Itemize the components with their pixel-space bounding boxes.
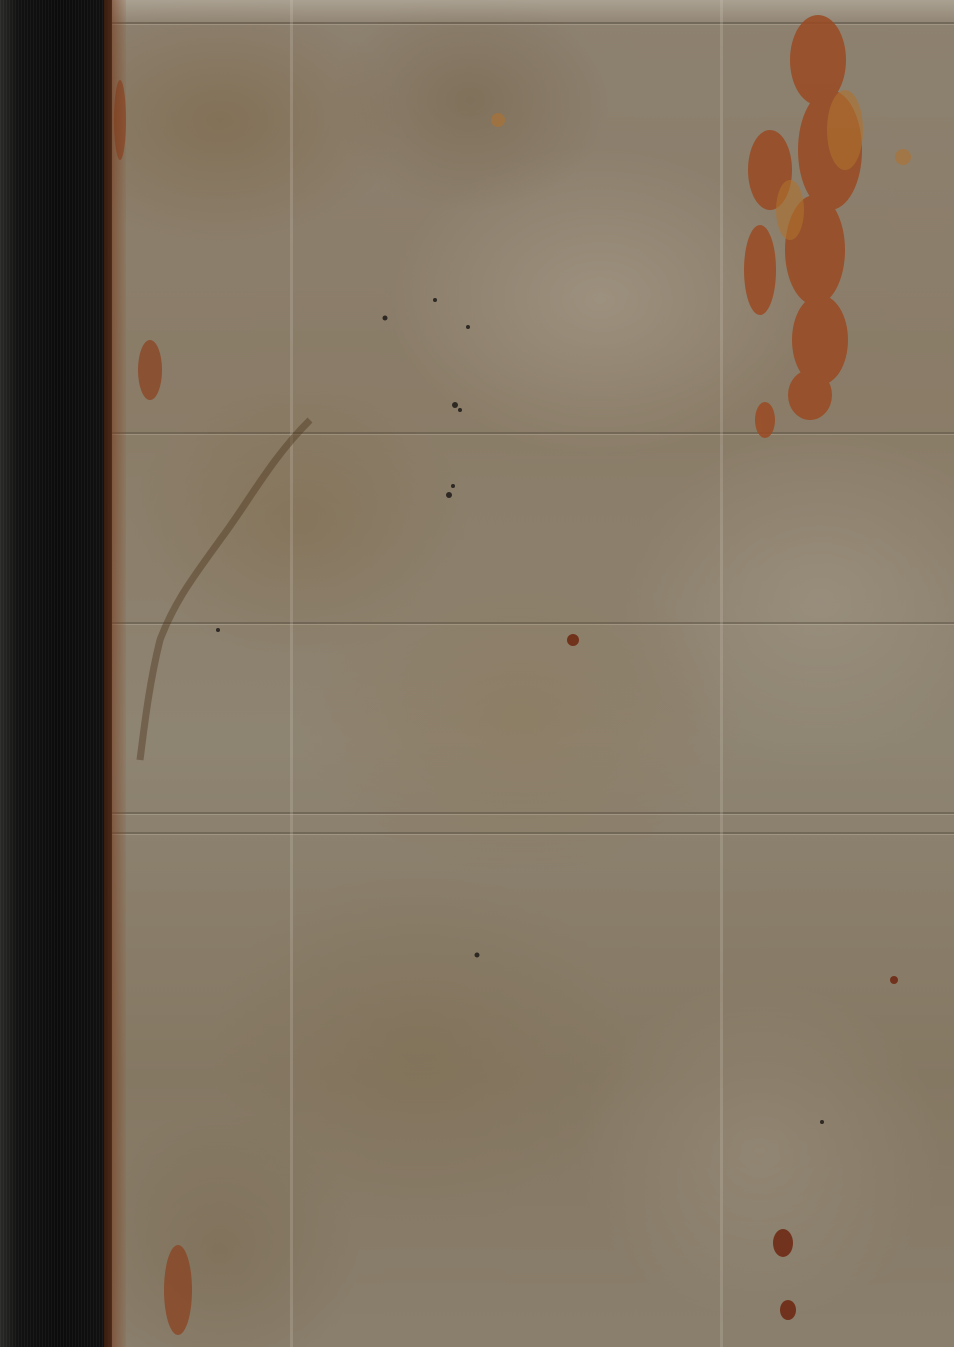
cloth-spine: [0, 0, 112, 1347]
water-stain: [140, 420, 310, 760]
spine-rust-edge: [104, 0, 126, 1347]
book-cover: [0, 0, 954, 1347]
rust-stain: [744, 15, 862, 438]
stain-layer: [0, 0, 954, 1347]
